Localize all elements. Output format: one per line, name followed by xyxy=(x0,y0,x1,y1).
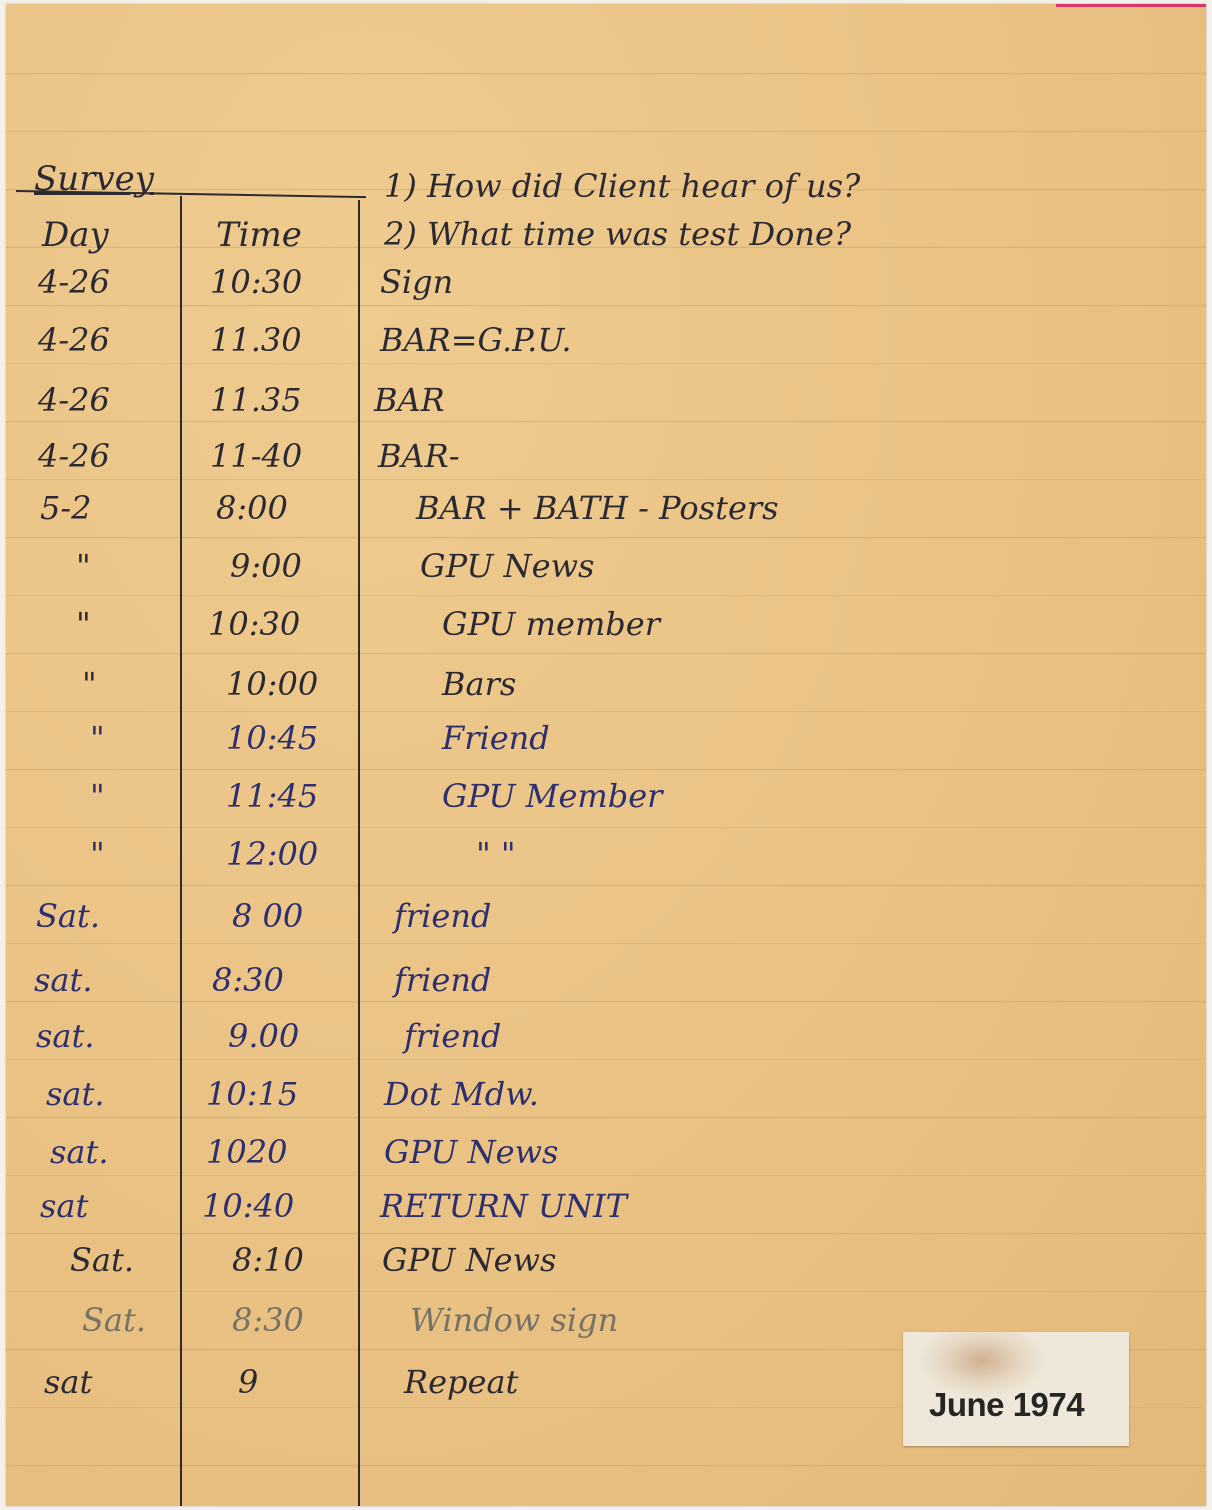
response-cell: Window sign xyxy=(410,1304,618,1336)
time-cell: 11.35 xyxy=(210,384,302,416)
response-cell: Repeat xyxy=(404,1366,518,1398)
clipping-date: June 1974 xyxy=(929,1386,1084,1424)
response-cell: BAR- xyxy=(378,440,460,472)
response-cell: " " xyxy=(476,838,516,870)
response-cell: GPU Member xyxy=(442,780,662,812)
day-cell: Sat. xyxy=(70,1244,134,1276)
column-header-day: Day xyxy=(42,218,109,252)
time-cell: 9 xyxy=(238,1366,258,1398)
time-cell: 10:00 xyxy=(226,668,318,700)
day-cell: " xyxy=(90,722,105,754)
time-cell: 11-40 xyxy=(210,440,302,472)
response-cell: RETURN UNIT xyxy=(380,1190,627,1222)
time-cell: 8:30 xyxy=(232,1304,304,1336)
day-cell: sat. xyxy=(46,1078,105,1110)
time-cell: 8:00 xyxy=(216,492,288,524)
column-header-time: Time xyxy=(216,218,302,252)
time-response-divider xyxy=(358,200,360,1506)
question-1: 1) How did Client hear of us? xyxy=(384,170,860,202)
day-cell: " xyxy=(76,608,91,640)
day-cell: 5-2 xyxy=(40,492,92,524)
time-cell: 9:00 xyxy=(230,550,302,582)
time-cell: 11.30 xyxy=(210,324,302,356)
day-cell: sat. xyxy=(36,1020,95,1052)
time-cell: 8 00 xyxy=(232,900,303,932)
response-cell: BAR=G.P.U. xyxy=(380,324,572,356)
day-cell: " xyxy=(76,550,91,582)
day-cell: 4-26 xyxy=(38,266,110,298)
time-cell: 10:40 xyxy=(202,1190,294,1222)
survey-sheet: Survey 1) How did Client hear of us? 2) … xyxy=(6,4,1206,1506)
day-time-divider xyxy=(180,196,182,1506)
response-cell: Friend xyxy=(442,722,550,754)
pink-edge-mark xyxy=(1056,4,1206,7)
response-cell: GPU News xyxy=(382,1244,556,1276)
time-cell: 1020 xyxy=(206,1136,287,1168)
time-cell: 10:45 xyxy=(226,722,318,754)
response-cell: BAR + BATH - Posters xyxy=(416,492,779,524)
response-cell: GPU member xyxy=(442,608,660,640)
response-cell: friend xyxy=(394,964,491,996)
day-cell: " xyxy=(90,780,105,812)
day-cell: sat. xyxy=(50,1136,109,1168)
day-cell: 4-26 xyxy=(38,440,110,472)
response-cell: GPU News xyxy=(384,1136,558,1168)
day-cell: sat xyxy=(40,1190,88,1222)
response-cell: BAR xyxy=(374,384,445,416)
question-2: 2) What time was test Done? xyxy=(384,218,851,250)
day-cell: " xyxy=(82,668,97,700)
time-cell: 10:30 xyxy=(210,266,302,298)
day-cell: sat xyxy=(44,1366,92,1398)
time-cell: 12:00 xyxy=(226,838,318,870)
time-cell: 10:30 xyxy=(208,608,300,640)
day-cell: sat. xyxy=(34,964,93,996)
response-cell: Sign xyxy=(380,266,453,298)
response-cell: GPU News xyxy=(420,550,594,582)
time-cell: 11:45 xyxy=(226,780,318,812)
response-cell: Dot Mdw. xyxy=(384,1078,539,1110)
day-cell: 4-26 xyxy=(38,324,110,356)
day-cell: " xyxy=(90,838,105,870)
response-cell: friend xyxy=(394,900,491,932)
time-cell: 9.00 xyxy=(228,1020,299,1052)
day-cell: Sat. xyxy=(82,1304,146,1336)
time-cell: 8:10 xyxy=(232,1244,304,1276)
response-cell: Bars xyxy=(442,668,516,700)
response-cell: friend xyxy=(404,1020,501,1052)
time-cell: 10:15 xyxy=(206,1078,298,1110)
day-cell: Sat. xyxy=(36,900,100,932)
newspaper-clipping: June 1974 xyxy=(903,1332,1129,1446)
day-cell: 4-26 xyxy=(38,384,110,416)
time-cell: 8:30 xyxy=(212,964,284,996)
